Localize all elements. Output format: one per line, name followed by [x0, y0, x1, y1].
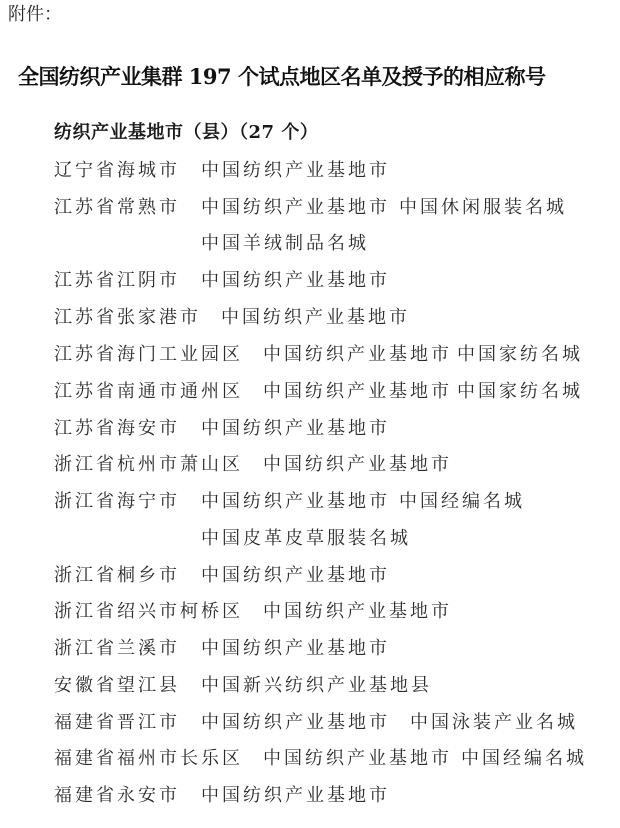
region-name: 浙江省绍兴市柯桥区 — [54, 599, 243, 625]
honor-title: 中国纺织产业基地市 — [221, 305, 410, 331]
list-item: 江苏省张家港市 中国纺织产业基地市 — [54, 305, 201, 331]
honor-title: 中国纺织产业基地市 — [201, 489, 390, 515]
honor-title: 中国纺织产业基地市 — [201, 783, 390, 809]
region-name: 江苏省常熟市 — [54, 195, 180, 221]
honor-title: 中国纺织产业基地市 — [201, 636, 390, 662]
honor-title: 中国纺织产业基地市 — [201, 710, 390, 736]
attachment-label: 附件： — [8, 2, 62, 28]
region-name: 江苏省江阴市 — [54, 268, 180, 294]
region-name: 江苏省海门工业园区 — [54, 342, 243, 368]
region-name: 福建省福州市长乐区 — [54, 746, 243, 772]
list-item: 江苏省南通市通州区 中国纺织产业基地市 中国家纺名城 — [54, 379, 243, 405]
honor-title: 中国纺织产业基地市 — [201, 195, 390, 221]
honor-title: 中国纺织产业基地市 — [201, 268, 390, 294]
list-item: 福建省福州市长乐区 中国纺织产业基地市 中国经编名城 — [54, 746, 243, 772]
list-item: 江苏省海门工业园区 中国纺织产业基地市 中国家纺名城 — [54, 342, 243, 368]
region-name: 浙江省海宁市 — [54, 489, 180, 515]
list-item: 浙江省海宁市 中国纺织产业基地市 中国经编名城 — [54, 489, 180, 515]
region-name: 浙江省桐乡市 — [54, 563, 180, 589]
region-name: 安徽省望江县 — [54, 673, 180, 699]
honor-title: 中国经编名城 — [399, 489, 525, 515]
honor-title: 中国经编名城 — [461, 746, 587, 772]
list-item: 安徽省望江县 中国新兴纺织产业基地县 — [54, 673, 180, 699]
honor-title: 中国新兴纺织产业基地县 — [201, 673, 432, 699]
honor-title: 中国纺织产业基地市 — [263, 452, 452, 478]
honor-title: 中国纺织产业基地市 — [201, 158, 390, 184]
honor-title: 中国纺织产业基地市 — [263, 746, 452, 772]
list-item: 辽宁省海城市 中国纺织产业基地市 — [54, 158, 180, 184]
honor-title: 中国纺织产业基地市 — [263, 342, 452, 368]
list-item: 浙江省兰溪市 中国纺织产业基地市 — [54, 636, 180, 662]
honor-title: 中国羊绒制品名城 — [201, 231, 369, 257]
region-name: 福建省永安市 — [54, 783, 180, 809]
list-item: 江苏省海安市 中国纺织产业基地市 — [54, 416, 180, 442]
region-name: 辽宁省海城市 — [54, 158, 180, 184]
section-heading: 纺织产业基地市（县）（27 个） — [54, 120, 318, 146]
region-name: 浙江省兰溪市 — [54, 636, 180, 662]
honor-title: 中国纺织产业基地市 — [201, 416, 390, 442]
honor-title: 中国休闲服装名城 — [399, 195, 567, 221]
list-item: 浙江省桐乡市 中国纺织产业基地市 — [54, 563, 180, 589]
region-name: 福建省晋江市 — [54, 710, 180, 736]
list-item: 江苏省江阴市 中国纺织产业基地市 — [54, 268, 180, 294]
honor-title: 中国泳装产业名城 — [410, 710, 578, 736]
honor-title: 中国皮革皮草服装名城 — [201, 526, 411, 552]
document-title: 全国纺织产业集群 197 个试点地区名单及授予的相应称号 — [18, 62, 545, 92]
list-item: 浙江省杭州市萧山区 中国纺织产业基地市 — [54, 452, 243, 478]
region-name: 浙江省杭州市萧山区 — [54, 452, 243, 478]
region-name: 江苏省张家港市 — [54, 305, 201, 331]
region-name: 江苏省海安市 — [54, 416, 180, 442]
region-name: 江苏省南通市通州区 — [54, 379, 243, 405]
list-item: 浙江省绍兴市柯桥区 中国纺织产业基地市 — [54, 599, 243, 625]
list-item: 福建省晋江市 中国纺织产业基地市 中国泳装产业名城 — [54, 710, 180, 736]
list-item: 江苏省常熟市 中国纺织产业基地市 中国休闲服装名城 — [54, 195, 180, 221]
list-item: 福建省永安市 中国纺织产业基地市 — [54, 783, 180, 809]
honor-title: 中国纺织产业基地市 — [201, 563, 390, 589]
honor-title: 中国纺织产业基地市 — [263, 599, 452, 625]
honor-title: 中国家纺名城 — [457, 342, 583, 368]
honor-title: 中国纺织产业基地市 — [263, 379, 452, 405]
honor-title: 中国家纺名城 — [457, 379, 583, 405]
